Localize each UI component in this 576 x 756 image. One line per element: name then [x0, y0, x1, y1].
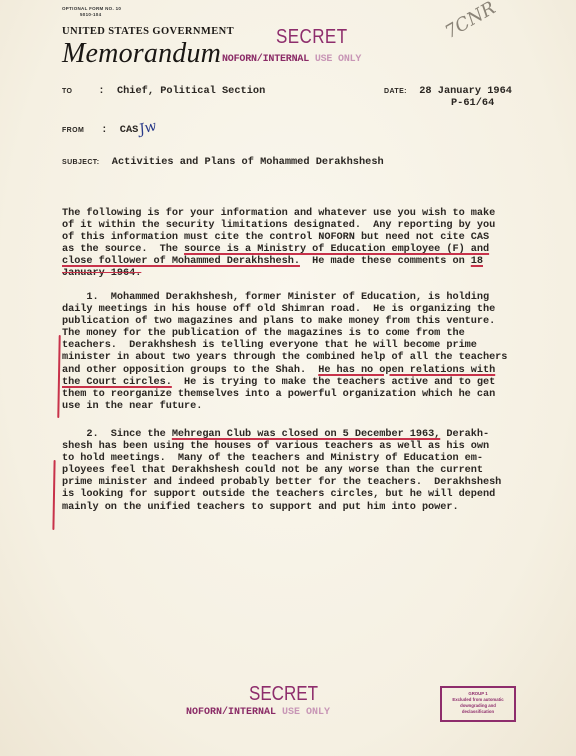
memo-page: OPTIONAL FORM NO. 10 5010-104 UNITED STA…: [0, 0, 576, 756]
text-line: them to reorganize themselves into a pow…: [62, 388, 495, 400]
paragraph-2: 2. Since the Mehregan Club was closed on…: [62, 428, 562, 513]
dissemination-stamp-top: NOFORN/INTERNAL USE ONLY: [222, 54, 361, 65]
text-line: and other opposition groups to the Shah.: [62, 364, 318, 376]
text-line: Derakh-: [440, 428, 489, 440]
text-line: daily meetings in his house off old Shim…: [62, 303, 495, 315]
text-line: The following is for your information an…: [62, 207, 495, 219]
underlined-relations: He has no open relations with: [318, 364, 495, 376]
document-type-title: Memorandum: [62, 38, 221, 70]
text-line: publication of two magazines and plans t…: [62, 315, 495, 327]
text-line: prime minister and indeed probably bette…: [62, 476, 501, 488]
to-label: TO: [62, 88, 72, 95]
dissemination-faint: USE ONLY: [282, 707, 330, 718]
dissemination-faint: USE ONLY: [315, 54, 361, 65]
margin-annotation-mark: [57, 335, 60, 418]
underlined-date-month: January 1964.: [62, 267, 141, 279]
from-label: FROM: [62, 127, 84, 134]
text-line: use in the near future.: [62, 400, 202, 412]
paragraph-1: 1. Mohammed Derakhshesh, former Minister…: [62, 291, 562, 412]
group-stamp-line: declassification: [442, 709, 514, 715]
from-separator: :: [101, 124, 107, 136]
dissemination-strong: NOFORN/INTERNAL: [222, 54, 315, 65]
form-number-line: OPTIONAL FORM NO. 10: [62, 6, 121, 11]
date-label: DATE:: [384, 88, 407, 95]
text-line: He is trying to make the teachers active…: [172, 376, 495, 388]
to-value: Chief, Political Section: [117, 85, 265, 97]
underlined-club: Mehregan Club was closed on 5 December 1…: [172, 428, 440, 440]
subject-label: SUBJECT:: [62, 159, 99, 166]
from-value: CAS: [120, 124, 139, 136]
to-separator: :: [98, 85, 104, 97]
text-line: The money for the publication of the mag…: [62, 327, 465, 339]
subject-field: SUBJECT: Activities and Plans of Mohamme…: [62, 156, 384, 168]
text-line: 1. Mohammed Derakhshesh, former Minister…: [62, 291, 489, 303]
intro-paragraph: The following is for your information an…: [62, 207, 562, 280]
text-line: teachers. Derakhshesh is telling everyon…: [62, 339, 477, 351]
form-number-code: 5010-104: [62, 12, 121, 18]
text-line: He made these comments on: [300, 255, 471, 267]
reference-number: P-61/64: [451, 97, 494, 109]
underlined-follower: close follower of Mohammed Derakhshesh.: [62, 255, 300, 267]
text-line: mainly on the unified teachers to suppor…: [62, 501, 459, 513]
text-line: to hold meetings. Many of the teachers a…: [62, 452, 483, 464]
text-line: ployees feel that Derakhshesh could not …: [62, 464, 483, 476]
text-line: is looking for support outside the teach…: [62, 488, 495, 500]
text-line: as the source. The: [62, 243, 184, 255]
underlined-source: source is a Ministry of Education employ…: [184, 243, 489, 255]
text-line: 2. Since the: [62, 428, 172, 440]
to-field: TO: Chief, Political Section: [62, 85, 265, 97]
subject-value: Activities and Plans of Mohammed Derakhs…: [112, 156, 384, 168]
text-line: of it within the security limitations de…: [62, 219, 495, 231]
classification-stamp-bottom: SECRET: [249, 683, 318, 706]
signature-initials: Jw: [138, 118, 159, 138]
underlined-date-day: 18: [471, 255, 483, 267]
handwritten-routing-note: 7CNR: [442, 0, 500, 43]
classification-stamp-top: SECRET: [276, 26, 348, 49]
margin-annotation-mark: [52, 460, 55, 530]
underlined-court: the Court circles.: [62, 376, 172, 388]
dissemination-stamp-bottom: NOFORN/INTERNAL USE ONLY: [186, 707, 330, 718]
form-number: OPTIONAL FORM NO. 10 5010-104: [62, 6, 121, 18]
text-line: shesh has been using the houses of vario…: [62, 440, 489, 452]
text-line: minister in about two years through the …: [62, 351, 507, 363]
declassification-group-stamp: GROUP 1 Excluded from automatic downgrad…: [440, 686, 516, 722]
date-value: 28 January 1964: [419, 85, 512, 97]
dissemination-strong: NOFORN/INTERNAL: [186, 707, 282, 718]
text-line: of this information must cite the contro…: [62, 231, 489, 243]
date-field: DATE: 28 January 1964: [384, 85, 512, 97]
from-field: FROM: CASJw: [62, 120, 157, 136]
agency-name: UNITED STATES GOVERNMENT: [62, 26, 234, 37]
